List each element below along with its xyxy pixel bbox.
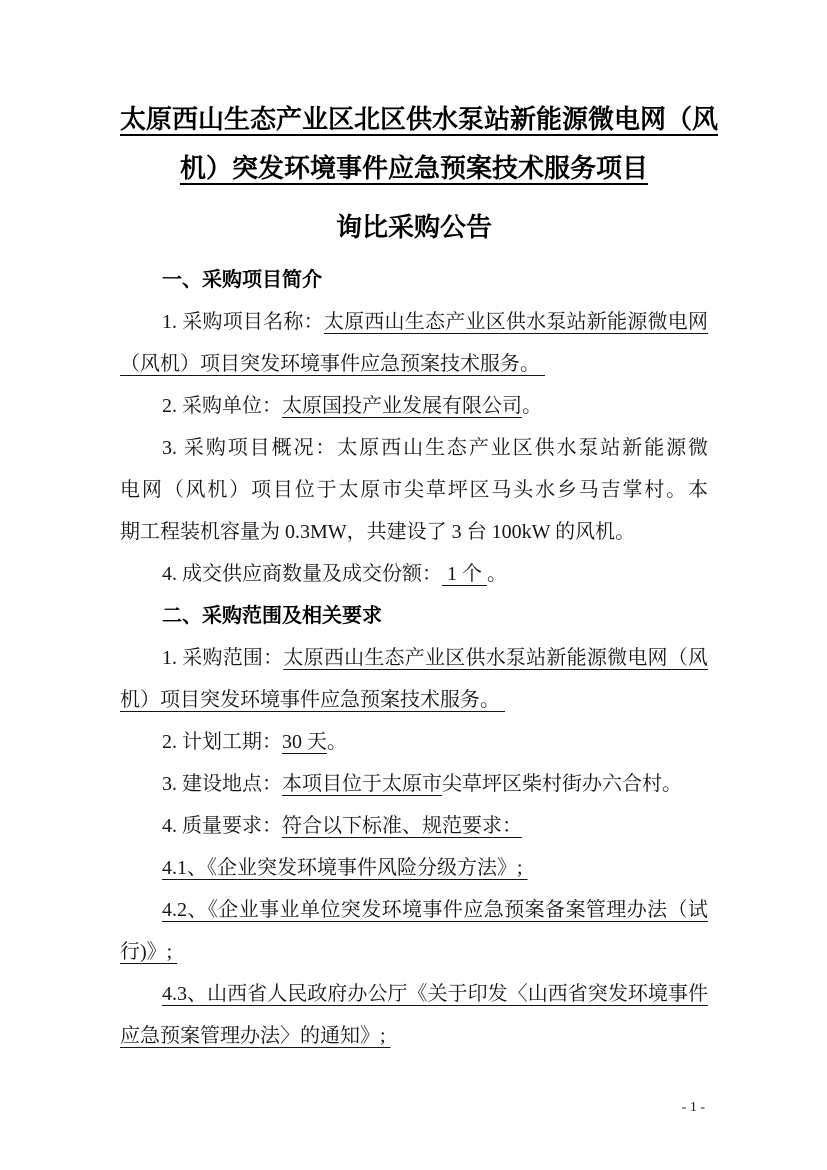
plain-text: 4. 成交供应商数量及成交份额： bbox=[162, 563, 442, 585]
underlined-text: 本项目位于太原市 bbox=[282, 773, 442, 795]
text-line: 4. 成交供应商数量及成交份额： 1 个 。 bbox=[120, 553, 708, 595]
underlined-text: 4.1、《企业突发环境事件风险分级方法》; bbox=[162, 857, 528, 879]
underlined-text: 30 天 bbox=[282, 731, 327, 753]
plain-text: 。 bbox=[487, 563, 507, 585]
plain-text: 。 bbox=[327, 731, 347, 753]
text-line: 2. 采购单位：太原国投产业发展有限公司。 bbox=[120, 385, 708, 427]
plain-text: 。 bbox=[522, 395, 542, 417]
text-line: 4.1、《企业突发环境事件风险分级方法》; bbox=[120, 847, 708, 889]
text-line: 电网（风机）项目位于太原市尖草坪区马头水乡马吉掌村。本 bbox=[120, 469, 708, 511]
plain-text: 1. 采购范围： bbox=[162, 647, 283, 669]
plain-text: 期工程装机容量为 0.3MW，共建设了 3 台 100kW 的风机。 bbox=[120, 521, 635, 543]
underlined-text: 行)》; bbox=[120, 941, 177, 963]
document-content: 太原西山生态产业区北区供水泵站新能源微电网（风 机）突发环境事件应急预案技术服务… bbox=[120, 95, 708, 1057]
text-line: 4.2、《企业事业单位突发环境事件应急预案备案管理办法（试 bbox=[120, 889, 708, 931]
text-line: 行)》; bbox=[120, 931, 708, 973]
text-line: 应急预案管理办法〉的通知》; bbox=[120, 1015, 708, 1057]
document-page: 太原西山生态产业区北区供水泵站新能源微电网（风 机）突发环境事件应急预案技术服务… bbox=[0, 0, 827, 1170]
section-heading: 二、采购范围及相关要求 bbox=[120, 595, 708, 637]
plain-text: 2. 采购单位： bbox=[162, 395, 282, 417]
plain-text: 二、采购范围及相关要求 bbox=[162, 605, 382, 627]
text-line: 3. 采购项目概况：太原西山生态产业区供水泵站新能源微 bbox=[120, 427, 708, 469]
document-subtitle: 询比采购公告 bbox=[120, 205, 708, 251]
text-line: （风机）项目突发环境事件应急预案技术服务。 bbox=[120, 343, 708, 385]
title-text: 机）突发环境事件应急预案技术服务项目 bbox=[180, 153, 648, 183]
plain-text: 电网（风机）项目位于太原市尖草坪区马头水乡马吉掌村。本 bbox=[120, 479, 708, 501]
underlined-text: （风机）项目突发环境事件应急预案技术服务。 bbox=[120, 353, 545, 375]
title-text: 太原西山生态产业区北区供水泵站新能源微电网（风 bbox=[120, 104, 718, 134]
underlined-text: 太原西山生态产业区供水泵站新能源微电网 bbox=[324, 311, 708, 333]
text-line: 4.3、山西省人民政府办公厅《关于印发〈山西省突发环境事件 bbox=[120, 973, 708, 1015]
text-line: 机）项目突发环境事件应急预案技术服务。 bbox=[120, 679, 708, 721]
section-heading: 一、采购项目简介 bbox=[120, 259, 708, 301]
text-line: 2. 计划工期：30 天。 bbox=[120, 721, 708, 763]
underlined-text: 4.2、《企业事业单位突发环境事件应急预案备案管理办法（试 bbox=[162, 899, 708, 921]
underlined-text: 机）项目突发环境事件应急预案技术服务。 bbox=[120, 689, 505, 711]
text-line: 期工程装机容量为 0.3MW，共建设了 3 台 100kW 的风机。 bbox=[120, 511, 708, 553]
plain-text: 一、采购项目简介 bbox=[162, 269, 322, 291]
underlined-text: 符合以下标准、规范要求： bbox=[282, 815, 522, 837]
underlined-text: 1 个 bbox=[442, 563, 487, 585]
plain-text: 4. 质量要求： bbox=[162, 815, 282, 837]
document-body: 一、采购项目简介1. 采购项目名称：太原西山生态产业区供水泵站新能源微电网（风机… bbox=[120, 259, 708, 1057]
text-line: 1. 采购范围：太原西山生态产业区供水泵站新能源微电网（风 bbox=[120, 637, 708, 679]
plain-text: 3. 建设地点： bbox=[162, 773, 282, 795]
document-title: 太原西山生态产业区北区供水泵站新能源微电网（风 机）突发环境事件应急预案技术服务… bbox=[120, 95, 708, 193]
plain-text: 1. 采购项目名称： bbox=[162, 311, 324, 333]
underlined-text: 4.3、山西省人民政府办公厅《关于印发〈山西省突发环境事件 bbox=[162, 983, 708, 1005]
plain-text: 3. 采购项目概况：太原西山生态产业区供水泵站新能源微 bbox=[162, 437, 708, 459]
text-line: 4. 质量要求：符合以下标准、规范要求： bbox=[120, 805, 708, 847]
document-title-line-2: 机）突发环境事件应急预案技术服务项目 bbox=[120, 144, 708, 193]
text-line: 3. 建设地点：本项目位于太原市尖草坪区柴村街办六合村。 bbox=[120, 763, 708, 805]
plain-text: 尖草坪区柴村街办六合村。 bbox=[442, 773, 682, 795]
underlined-text: 太原国投产业发展有限公司 bbox=[282, 395, 522, 417]
document-title-line-1: 太原西山生态产业区北区供水泵站新能源微电网（风 bbox=[120, 95, 708, 144]
underlined-text: 太原西山生态产业区供水泵站新能源微电网（风 bbox=[283, 647, 708, 669]
underlined-text: 应急预案管理办法〉的通知》; bbox=[120, 1025, 391, 1047]
page-number: - 1 - bbox=[682, 1098, 705, 1118]
plain-text: 2. 计划工期： bbox=[162, 731, 282, 753]
text-line: 1. 采购项目名称：太原西山生态产业区供水泵站新能源微电网 bbox=[120, 301, 708, 343]
